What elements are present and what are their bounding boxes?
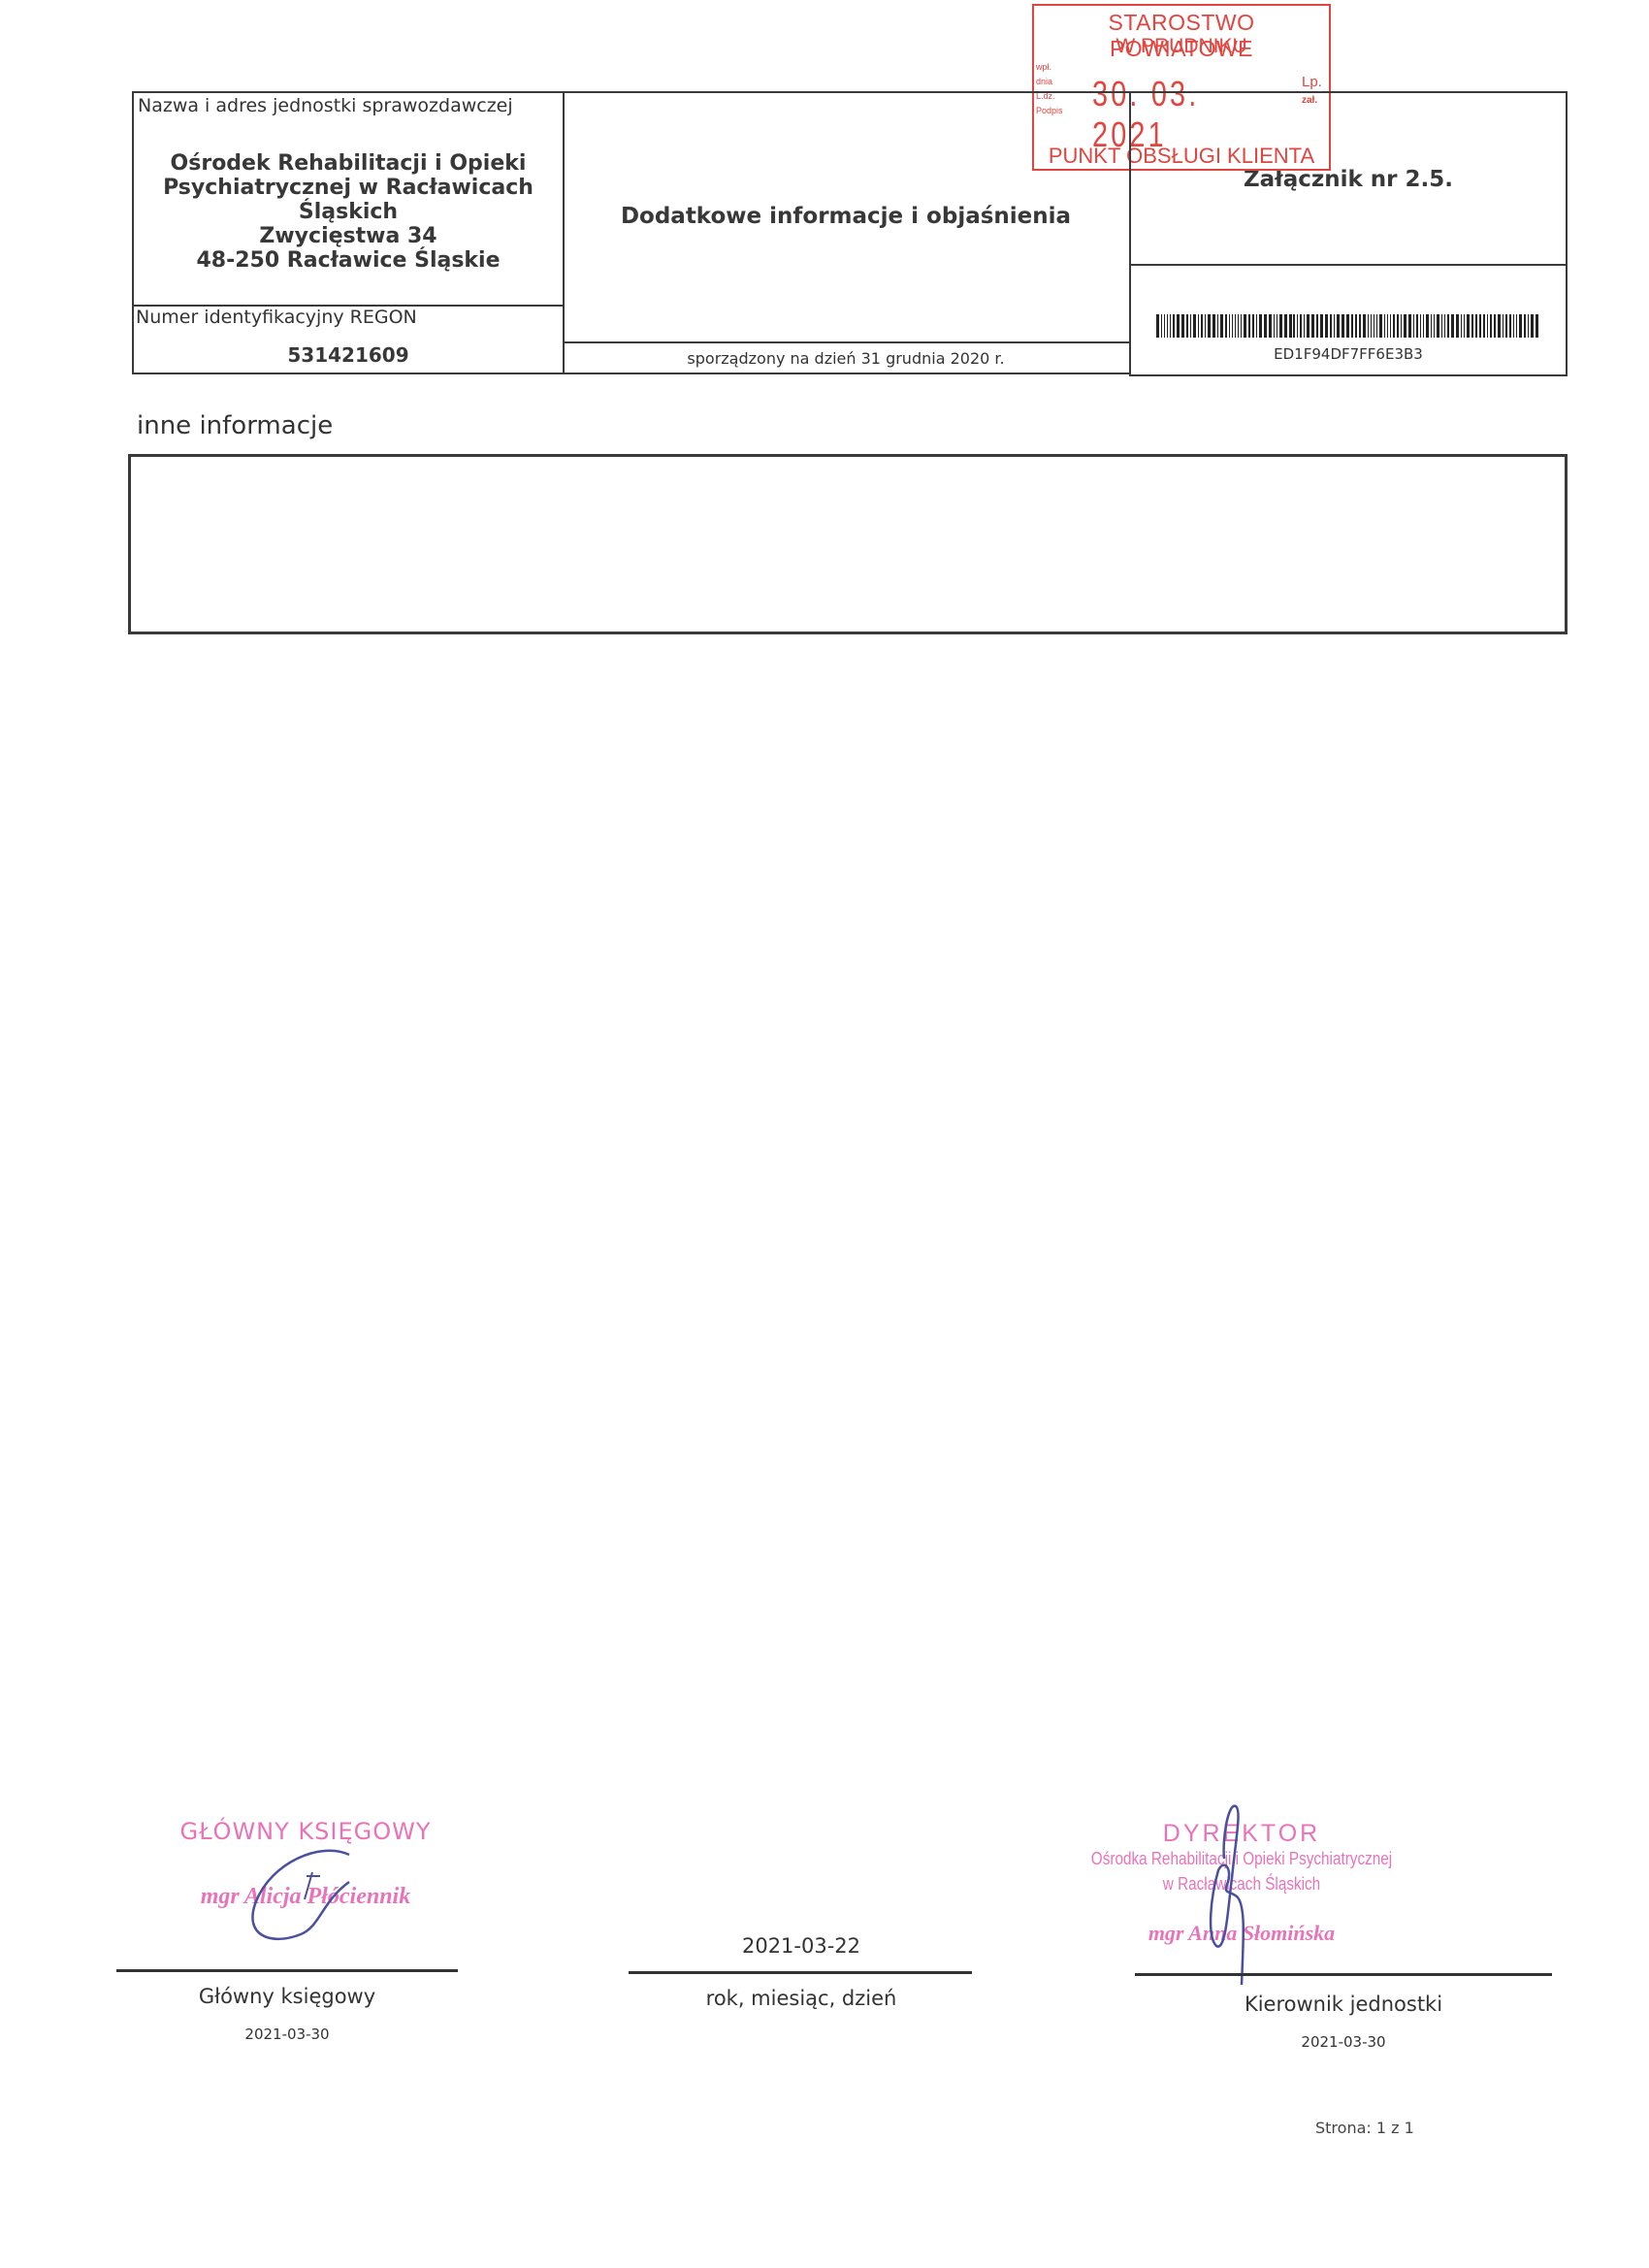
document-title: Dodatkowe informacje i objaśnienia xyxy=(563,204,1129,229)
page-number: Strona: 1 z 1 xyxy=(1315,2119,1414,2137)
barcode-icon xyxy=(1156,314,1542,338)
report-date: 2021-03-22 xyxy=(630,1934,972,1958)
barcode-cell: ED1F94DF7FF6E3B3 xyxy=(1129,264,1568,376)
regon-label: Numer identyfikacyjny REGON xyxy=(136,307,417,328)
unit-label: Nazwa i adres jednostki sprawozdawczej xyxy=(138,95,513,116)
unit-name-line: Psychiatrycznej w Racławicach xyxy=(134,176,563,200)
director-signature-line xyxy=(1135,1973,1552,1976)
stamp-line-2: W PRUDNIKU xyxy=(1034,35,1329,58)
regon-value: 531421609 xyxy=(134,343,563,367)
unit-name: Ośrodek Rehabilitacji i Opieki Psychiatr… xyxy=(134,151,563,273)
stamp-footer: PUNKT OBSŁUGI KLIENTA xyxy=(1034,144,1329,169)
table-border-top xyxy=(563,91,1568,93)
unit-name-line: Śląskich xyxy=(134,200,563,224)
accountant-signature-icon xyxy=(242,1843,369,1950)
barcode-code: ED1F94DF7FF6E3B3 xyxy=(1131,345,1566,363)
table-divider xyxy=(1129,91,1131,376)
stamp-side-label: dnia xyxy=(1036,75,1063,89)
prepared-on: sporządzony na dzień 31 grudnia 2020 r. xyxy=(563,349,1129,368)
stamp-side-label: Podpis xyxy=(1036,104,1063,118)
section-title: inne informacje xyxy=(137,411,333,440)
unit-name-line: Ośrodek Rehabilitacji i Opieki xyxy=(134,151,563,176)
date-label: rok, miesiąc, dzień xyxy=(630,1987,972,2010)
stamp-side-labels: wpł. dnia L.dz. Podpis xyxy=(1036,60,1063,118)
accountant-signature-line xyxy=(116,1969,458,1972)
accountant-stamp-title: GŁÓWNY KSIĘGOWY xyxy=(155,1818,456,1845)
stamp-side-label: wpł. xyxy=(1036,60,1063,75)
director-date: 2021-03-30 xyxy=(1135,2033,1552,2051)
other-information-field[interactable] xyxy=(128,454,1568,634)
prepared-date-cell: sporządzony na dzień 31 grudnia 2020 r. xyxy=(563,341,1131,374)
accountant-role: Główny księgowy xyxy=(116,1985,458,2008)
unit-name-line: Zwycięstwa 34 xyxy=(134,224,563,248)
date-line xyxy=(629,1971,972,1974)
unit-name-cell: Nazwa i adres jednostki sprawozdawczej O… xyxy=(132,91,565,307)
director-signature-icon xyxy=(1203,1800,1280,1994)
stamp-zal: zał. xyxy=(1302,95,1317,106)
regon-cell: Numer identyfikacyjny REGON 531421609 xyxy=(132,305,565,374)
director-role: Kierownik jednostki xyxy=(1135,1993,1552,2016)
unit-name-line: 48-250 Racławice Śląskie xyxy=(134,248,563,273)
received-stamp: STAROSTWO POWIATOWE W PRUDNIKU wpł. dnia… xyxy=(1032,4,1331,171)
stamp-lp: Lp. xyxy=(1302,74,1322,90)
accountant-date: 2021-03-30 xyxy=(116,2025,458,2043)
